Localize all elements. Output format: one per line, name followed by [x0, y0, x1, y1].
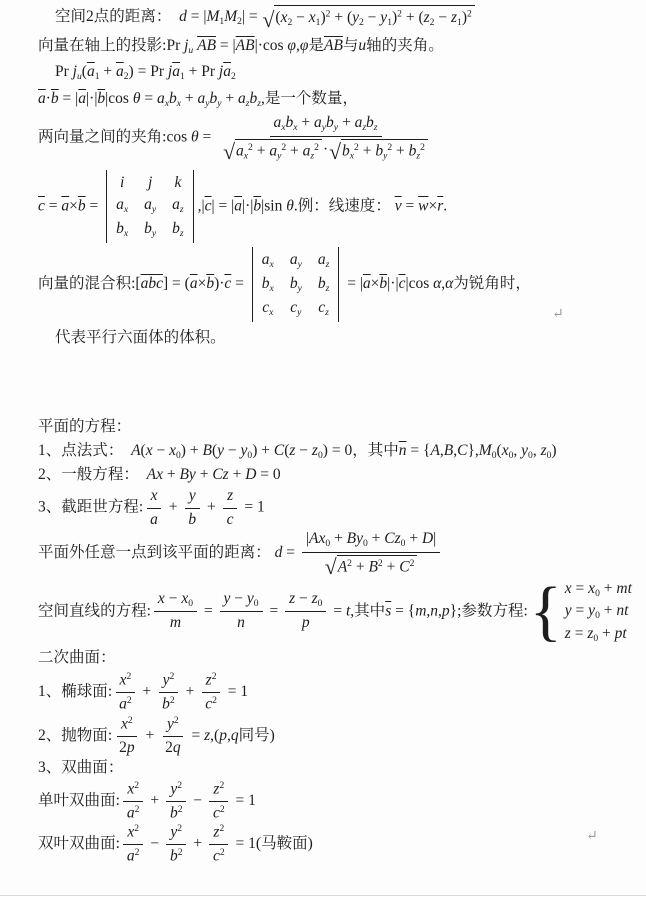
- fraction: y2b2: [166, 823, 187, 866]
- formula-line-hyperboloid-one-sheet: 单叶双曲面:x2a2 + y2b2 − z2c2 = 1: [0, 780, 646, 823]
- subscript: z: [325, 307, 329, 318]
- determinant-cell: k: [172, 174, 183, 193]
- superscript: 2: [170, 695, 175, 706]
- case-row: x = x0 + mt: [565, 578, 632, 601]
- superscript: 2: [420, 142, 425, 153]
- superscript: 2: [169, 671, 174, 682]
- page-bottom-margin: [0, 896, 646, 913]
- case-row: y = y0 + nt: [565, 600, 632, 623]
- vector-overbar: a: [363, 275, 371, 292]
- superscript: 2: [212, 671, 217, 682]
- vector-overbar: a: [190, 275, 198, 292]
- fraction: yb: [184, 487, 200, 529]
- formula-line-hyperboloid-two-sheets: 双叶双曲面:x2a2 − y2b2 + z2c2 = 1(马鞍面): [0, 823, 646, 866]
- vector-overbar: v: [395, 197, 402, 214]
- subscript: x: [269, 307, 273, 318]
- determinant-cell: bx: [116, 220, 128, 240]
- formula-line-paraboloid: 2、抛物面:x22p + y22q = z,(p,q同号): [0, 715, 646, 757]
- formula-line-point-plane-distance: 平面外任意一点到该平面的距离： d = |Ax0 + By0 + Cz0 + D…: [0, 530, 646, 576]
- roman-text: sin: [264, 197, 286, 214]
- superscript: 2: [134, 823, 139, 834]
- subscript: z: [374, 122, 378, 133]
- roman-text: Pr: [150, 63, 168, 80]
- determinant-cell: by: [290, 275, 302, 295]
- determinant-cell: bz: [318, 275, 329, 295]
- subscript: y: [298, 283, 302, 294]
- vector-overbar: a: [223, 63, 231, 80]
- vector-overbar: b: [51, 90, 59, 107]
- vector-overbar: a: [234, 197, 242, 214]
- fraction: xa: [146, 487, 162, 529]
- superscript: 2: [410, 558, 415, 569]
- fraction: x − x0m: [154, 590, 197, 633]
- vector-overbar: b: [253, 197, 261, 214]
- formula-line-vector-projection: 向量在轴上的投影:Pr ju AB = |AB|·cos φ,φ是AB与u轴的夹…: [0, 36, 646, 58]
- formula-line-point-distance: 空间2点的距离： d = |M1M2| = √(x2 − x1)2 + (y2 …: [0, 5, 646, 30]
- math-notes-page: 空间2点的距离： d = |M1M2| = √(x2 − x1)2 + (y2 …: [0, 0, 646, 913]
- formula-line-point-normal-form: 1、点法式： A(x − x0) + B(y − y0) + C(z − z0)…: [0, 441, 646, 463]
- superscript: 2: [128, 715, 133, 726]
- fraction: x2a2: [123, 780, 144, 823]
- subscript: y: [297, 307, 301, 318]
- cases-system: {x = x0 + mty = y0 + ntz = z0 + pt: [530, 578, 632, 646]
- determinant: axayazbxbybzcxcycz: [252, 247, 340, 322]
- fraction: y2b2: [158, 671, 179, 714]
- superscript: 2: [219, 823, 224, 834]
- determinant-cell: ax: [262, 251, 274, 271]
- formula-line-ellipsoid: 1、椭球面:x2a2 + y2b2 + z2c2 = 1: [0, 671, 646, 714]
- formula-line-plane-equations-heading: 平面的方程：: [0, 417, 646, 438]
- subscript: 0: [188, 598, 193, 609]
- left-brace-icon: {: [530, 580, 562, 643]
- roman-text: Pr: [55, 63, 73, 80]
- fraction: |Ax0 + By0 + Cz0 + D|√A2 + B2 + C2: [302, 530, 440, 576]
- roman-text: cos: [263, 37, 288, 54]
- determinant-cell: cx: [262, 299, 274, 319]
- vector-overbar: c: [38, 197, 45, 214]
- radical: √A2 + B2 + C2: [325, 555, 418, 577]
- fraction: axbx + ayby + azbz√ax2 + ay2 + az2·√bx2 …: [218, 114, 433, 161]
- roman-text: Pr: [166, 37, 184, 54]
- radical-sign-icon: √: [325, 557, 337, 579]
- fraction: z2c2: [201, 671, 221, 714]
- case-row: z = z0 + pt: [565, 623, 632, 646]
- fraction: z2c2: [209, 780, 229, 823]
- superscript: 2: [220, 847, 225, 858]
- determinant-cell: az: [172, 196, 183, 216]
- vector-overbar: a: [38, 90, 46, 107]
- determinant-cell: az: [318, 251, 329, 271]
- superscript: 2: [178, 847, 183, 858]
- subscript: z: [326, 259, 330, 270]
- radical-sign-icon: √: [223, 142, 235, 164]
- superscript: 2: [127, 695, 132, 706]
- subscript: 2: [231, 71, 236, 82]
- fraction: y22q: [161, 715, 185, 757]
- fraction: zc: [223, 487, 238, 529]
- superscript: 2: [177, 823, 182, 834]
- superscript: 2: [219, 780, 224, 791]
- subscript: y: [298, 259, 302, 270]
- formula-line-projection-additivity: Pr ju(a1 + a2) = Pr ja1 + Pr ja2: [0, 62, 646, 84]
- radical-sign-icon: √: [329, 142, 341, 164]
- formula-line-quadric-surfaces-heading: 二次曲面：: [0, 648, 646, 669]
- vector-overbar: a: [116, 63, 124, 80]
- superscript: 2: [135, 804, 140, 815]
- roman-text: cos: [166, 128, 191, 145]
- fraction: y2b2: [166, 780, 187, 823]
- subscript: z: [180, 228, 184, 239]
- vector-overbar: b: [97, 90, 105, 107]
- subscript: x: [270, 259, 274, 270]
- formula-line-parallelepiped-volume: 代表平行六面体的体积。: [0, 328, 646, 349]
- superscript: 2: [174, 715, 179, 726]
- formula-line-intercept-form: 3、截距世方程:xa + yb + zc = 1: [0, 487, 646, 529]
- determinant-cell: ax: [116, 196, 128, 216]
- subscript: x: [270, 283, 274, 294]
- formula-line-angle-between-vectors: 两向量之间的夹角:cos θ = axbx + ayby + azbz√ax2 …: [0, 114, 646, 161]
- radical: √bx2 + by2 + bz2: [329, 139, 428, 162]
- vector-overbar: a: [78, 90, 86, 107]
- subscript: z: [326, 283, 330, 294]
- vector-overbar: w: [418, 197, 428, 214]
- determinant-cell: j: [144, 174, 156, 193]
- fraction: x2a2: [115, 671, 136, 714]
- formula-line-mixed-product: 向量的混合积:[abc] = (a×b)·c = axayazbxbybzcxc…: [0, 247, 646, 322]
- superscript: 2: [314, 142, 319, 153]
- formula-line-cross-product: c = a×b = ijkaxayazbxbybz,|c| = |a|·|b|s…: [0, 170, 646, 244]
- subscript: y: [152, 228, 156, 239]
- vector-overbar: c: [205, 197, 212, 214]
- radical: √ax2 + ay2 + az2: [223, 139, 322, 162]
- vector-overbar: b: [78, 197, 86, 214]
- superscript: 2: [178, 804, 183, 815]
- subscript: z: [180, 204, 184, 215]
- paragraph-return-mark-icon: ↵: [552, 306, 564, 323]
- superscript: 2: [467, 9, 472, 20]
- fraction: x2a2: [123, 823, 144, 866]
- subscript: 0: [254, 598, 259, 609]
- vector-overbar: b: [206, 275, 214, 292]
- vector-overbar: AB: [324, 37, 343, 54]
- vector-overbar: AB: [236, 37, 255, 54]
- formula-line-dot-product: a·b = |a|·|b|cos θ = axbx + ayby + azbz,…: [0, 89, 646, 111]
- subscript: y: [152, 204, 156, 215]
- fraction: x22p: [115, 715, 139, 757]
- superscript: 2: [134, 780, 139, 791]
- fraction: z2c2: [209, 823, 229, 866]
- formula-line-general-form: 2、一般方程： Ax + By + Cz + D = 0: [0, 465, 646, 486]
- formula-line-hyperboloid-heading: 3、双曲面：: [0, 758, 646, 779]
- formula-line-space-line-equations: 空间直线的方程:x − x0m = y − y0n = z − z0p = t,…: [0, 578, 646, 646]
- determinant-cell: by: [144, 220, 156, 240]
- determinant-cell: i: [116, 174, 128, 193]
- vector-overbar: c: [156, 275, 163, 292]
- determinant-cell: bx: [262, 275, 274, 295]
- superscript: 2: [177, 780, 182, 791]
- superscript: 2: [126, 671, 131, 682]
- determinant-cell: ay: [290, 251, 302, 271]
- subscript: x: [124, 228, 128, 239]
- vector-overbar: a: [61, 197, 69, 214]
- determinant-cell: bz: [172, 220, 183, 240]
- fraction: y − y0n: [220, 590, 263, 633]
- paragraph-return-mark-icon: ↵: [586, 828, 598, 845]
- superscript: 2: [212, 695, 217, 706]
- roman-text: Pr: [201, 63, 219, 80]
- roman-text: cos: [108, 90, 133, 107]
- radical-sign-icon: √: [263, 10, 275, 32]
- determinant: ijkaxayazbxbybz: [106, 170, 194, 244]
- superscript: 2: [135, 847, 140, 858]
- fraction: z − z0p: [285, 590, 326, 633]
- determinant-cell: ay: [144, 196, 156, 216]
- subscript: x: [124, 204, 128, 215]
- determinant-cell: cz: [318, 299, 329, 319]
- vector-overbar: b: [379, 275, 387, 292]
- superscript: 2: [220, 804, 225, 815]
- vector-overbar: a: [87, 63, 95, 80]
- radical: √(x2 − x1)2 + (y2 − y1)2 + (z2 − z1)2: [263, 5, 475, 30]
- vector-overbar: a: [172, 63, 180, 80]
- roman-text: cos: [409, 275, 434, 292]
- vector-overbar: AB: [197, 37, 216, 54]
- vector-overbar: b: [148, 275, 156, 292]
- determinant-cell: cy: [290, 299, 302, 319]
- document-body: 空间2点的距离： d = |M1M2| = √(x2 − x1)2 + (y2 …: [0, 5, 646, 866]
- subscript: 0: [318, 598, 323, 609]
